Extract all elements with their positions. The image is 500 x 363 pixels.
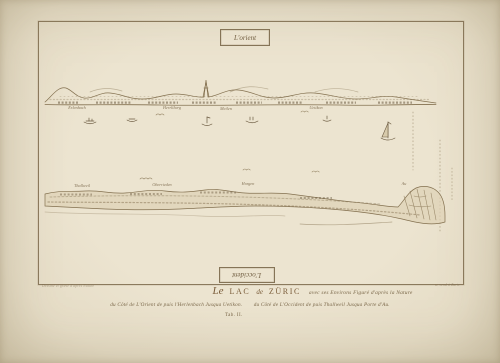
birds-strip1	[156, 111, 308, 115]
boats	[84, 116, 395, 140]
boat-icon	[127, 119, 137, 122]
place-label: Au	[401, 181, 407, 186]
tab-number: Tab. II.	[225, 313, 275, 318]
boat-icon	[202, 117, 212, 126]
birds-strip2	[140, 169, 319, 179]
title-connector: de	[256, 288, 263, 296]
imprint-right: se vend à Zuric	[435, 283, 460, 287]
strip2-labels: Thallweil Oberrieden Horgen Au	[74, 181, 406, 188]
engraving-sheet: L'orient	[0, 0, 500, 363]
place-label: Herrliberg	[162, 105, 181, 110]
place-label: Thallweil	[74, 183, 91, 188]
bird-icon	[312, 171, 319, 172]
place-label: Oberrieden	[152, 182, 171, 187]
church-spire	[203, 82, 209, 97]
panorama-artwork: Erlenbach Herrliberg Meilen Uetikon	[0, 0, 500, 363]
title-word-zuric: ZÜRIC	[269, 287, 301, 296]
place-label: Erlenbach	[67, 105, 85, 110]
title-lead: Le	[213, 285, 224, 297]
caption-occident: du Côté de L'Occident de puis Thallweil …	[254, 302, 390, 308]
imprint-left: Dessiné et gravé d'après Nature	[42, 284, 94, 288]
print-caption: du Côté de L'Orient de puis l'Herlenbach…	[40, 302, 460, 308]
title-subtitle: avec ses Environs Figuré d'après la Natu…	[309, 290, 413, 296]
boat-icon	[84, 118, 96, 124]
occident-label: L'occident	[232, 271, 261, 279]
place-label: Meilen	[219, 106, 232, 111]
strip1-labels: Erlenbach Herrliberg Meilen Uetikon	[67, 105, 322, 111]
title-word-lac: LAC	[230, 287, 251, 296]
place-label: Horgen	[241, 181, 255, 186]
bird-icon	[301, 111, 308, 112]
bird-icon	[243, 169, 250, 170]
bird-icon	[156, 114, 164, 115]
print-title: Le LAC de ZÜRIC avec ses Environs Figuré…	[160, 281, 465, 299]
shore-band	[45, 186, 445, 224]
bird-icon	[140, 178, 152, 179]
sailboat-icon	[381, 122, 395, 140]
boat-icon	[323, 116, 331, 121]
shoreline	[45, 104, 436, 105]
caption-orient: du Côté de L'Orient de puis l'Herlenbach…	[110, 302, 242, 308]
panorama-strip-2: Thallweil Oberrieden Horgen Au	[45, 168, 452, 225]
place-label: Uetikon	[309, 105, 322, 110]
boat-icon	[246, 117, 258, 123]
